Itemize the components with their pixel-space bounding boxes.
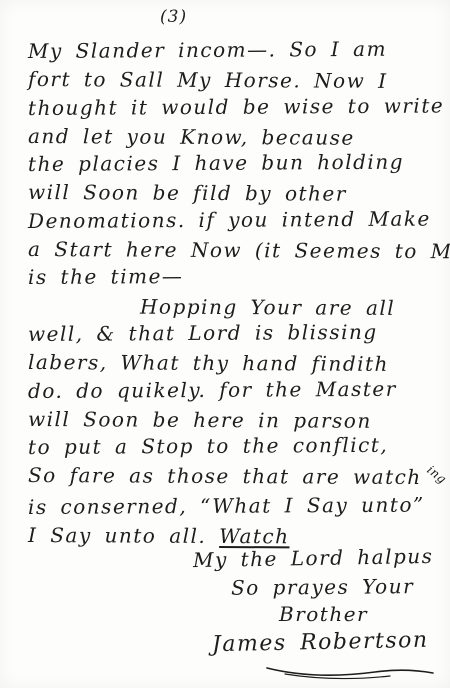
signature-flourish [265, 664, 435, 682]
letter-line: the placies I have bun holding [28, 148, 448, 179]
letter-line: My Slander incom—. So I am [28, 34, 448, 65]
trailing-ing-suffix: ing [420, 458, 450, 493]
letter-line: to put a Stop to the conflict, [28, 431, 448, 462]
underlined-watch-word: Watch [219, 524, 289, 548]
letter-line: do. do quikely. for the Master [28, 374, 448, 405]
closing-brother-line: Brother [279, 602, 368, 626]
closing-prayer-line: So prayes Your [231, 574, 414, 600]
closing-blessing-line: My the Lord halpus [193, 544, 434, 572]
letter-line-text: So fare as those that are watch [28, 463, 422, 489]
letter-body: My Slander incom—. So I am fort to Sall … [28, 37, 448, 549]
letter-line: thought it would be wise to write [28, 91, 448, 122]
letter-line: Denomations. if you intend Make [28, 204, 448, 235]
letter-line: well, & that Lord is blissing [28, 317, 448, 348]
letter-line-text: I Say unto all. [28, 523, 219, 548]
letter-page: (3) My Slander incom—. So I am fort to S… [0, 0, 450, 688]
signature-first-name: James [212, 630, 301, 657]
letter-line: is conserned, “What I Say unto” [28, 490, 448, 521]
letter-line: is the time— [28, 261, 448, 292]
signature-last-name: Robertson [300, 628, 429, 656]
page-number: (3) [160, 7, 187, 27]
signature-name: James Robertson [212, 628, 429, 658]
